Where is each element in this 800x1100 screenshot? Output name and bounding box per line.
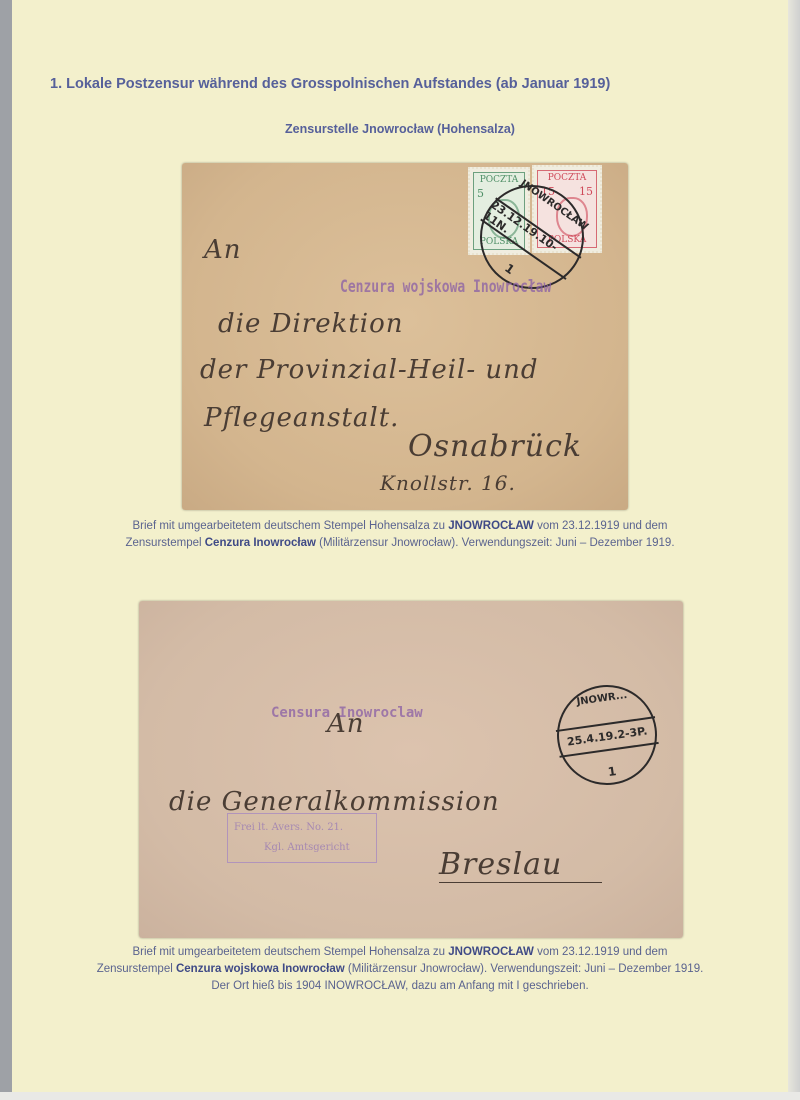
cover-1-caption: Brief mit umgearbeitetem deutschem Stemp… [12, 518, 788, 552]
page-edge [0, 1092, 800, 1100]
page-heading: 1. Lokale Postzensur während des Grosspo… [50, 76, 610, 92]
cover-2-postmark: JNOWR... 25.4.19.2-3P. 1 [551, 679, 664, 792]
page-subheading: Zensurstelle Jnowrocław (Hohensalza) [12, 122, 788, 136]
album-page: 1. Lokale Postzensur während des Grosspo… [12, 0, 788, 1092]
cover-2-caption: Brief mit umgearbeitetem deutschem Stemp… [12, 944, 788, 995]
cover-2-franking-box-stamp: Frei lt. Avers. No. 21. Kgl. Amtsgericht [227, 813, 377, 863]
cover-1-censor-stamp: Cenzura wojskowa Inowrocław [340, 278, 551, 298]
cover-1-envelope: POCZTA 5 POLSKA POCZTA 15 15 POLSKA JNOW… [182, 163, 628, 510]
cover-2-envelope: Censura Inowroclaw JNOWR... 25.4.19.2-3P… [139, 601, 683, 938]
page-edge [788, 0, 800, 1100]
